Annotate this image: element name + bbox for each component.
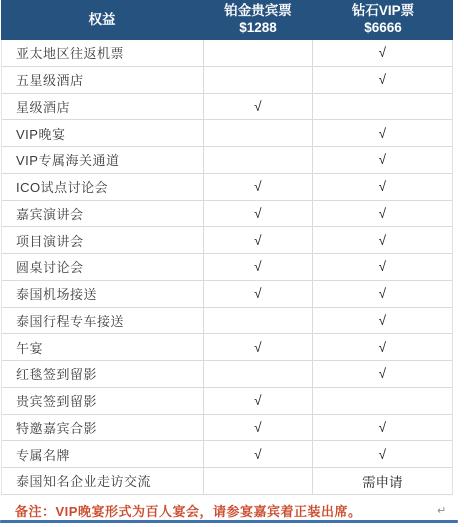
benefit-label: 圆桌讨论会 xyxy=(2,254,203,280)
platinum-ticket-price: $1288 xyxy=(239,20,277,37)
header-benefits: 权益 xyxy=(1,0,203,40)
table-row: VIP晚宴√ xyxy=(2,120,452,147)
platinum-benefit-value xyxy=(203,120,313,146)
benefit-label: ICO试点讨论会 xyxy=(2,174,203,200)
platinum-benefit-value xyxy=(203,468,313,494)
benefit-label: 泰国机场接送 xyxy=(2,281,203,307)
benefit-label: 泰国知名企业走访交流 xyxy=(2,468,203,494)
platinum-benefit-value: √ xyxy=(203,334,313,360)
table-row: 五星级酒店√ xyxy=(2,67,452,94)
diamond-benefit-value: √ xyxy=(313,441,452,467)
paragraph-return-icon: ↵ xyxy=(437,504,446,517)
diamond-benefit-value xyxy=(313,94,452,120)
benefit-label: 红毯签到留影 xyxy=(2,361,203,387)
table-row: 亚太地区往返机票√ xyxy=(2,40,452,67)
platinum-benefit-value: √ xyxy=(203,415,313,441)
table-row: 泰国知名企业走访交流需申请 xyxy=(2,468,452,495)
benefit-label: VIP晚宴 xyxy=(2,120,203,146)
benefit-label: 项目演讲会 xyxy=(2,227,203,253)
diamond-ticket-price: $6666 xyxy=(364,20,402,37)
platinum-benefit-value: √ xyxy=(203,281,313,307)
ticket-comparison-table: 权益 铂金贵宾票 $1288 钻石VIP票 $6666 亚太地区往返机票√五星级… xyxy=(1,0,453,495)
diamond-benefit-value: √ xyxy=(313,281,452,307)
table-row: 红毯签到留影√ xyxy=(2,361,452,388)
table-row: 嘉宾演讲会√√ xyxy=(2,201,452,228)
table-row: 星级酒店√ xyxy=(2,94,452,121)
diamond-benefit-value: √ xyxy=(313,201,452,227)
platinum-benefit-value xyxy=(203,308,313,334)
table-row: 泰国机场接送√√ xyxy=(2,281,452,308)
table-header: 权益 铂金贵宾票 $1288 钻石VIP票 $6666 xyxy=(1,0,453,40)
diamond-benefit-value: √ xyxy=(313,67,452,93)
platinum-benefit-value: √ xyxy=(203,388,313,414)
platinum-benefit-value: √ xyxy=(203,201,313,227)
diamond-benefit-value: √ xyxy=(313,254,452,280)
benefit-label: 亚太地区往返机票 xyxy=(2,40,203,66)
diamond-benefit-value: √ xyxy=(313,308,452,334)
table-row: 午宴√√ xyxy=(2,334,452,361)
platinum-benefit-value: √ xyxy=(203,441,313,467)
benefit-label: 专属名牌 xyxy=(2,441,203,467)
table-row: 贵宾签到留影√ xyxy=(2,388,452,415)
table-row: 特邀嘉宾合影√√ xyxy=(2,415,452,442)
table-body: 亚太地区往返机票√五星级酒店√星级酒店√VIP晚宴√VIP专属海关通道√ICO试… xyxy=(1,40,453,495)
platinum-benefit-value: √ xyxy=(203,174,313,200)
bottom-divider xyxy=(0,520,458,523)
table-row: 圆桌讨论会√√ xyxy=(2,254,452,281)
diamond-benefit-value: 需申请 xyxy=(313,468,452,494)
benefit-label: 星级酒店 xyxy=(2,94,203,120)
benefit-label: 贵宾签到留影 xyxy=(2,388,203,414)
platinum-benefit-value xyxy=(203,67,313,93)
platinum-benefit-value xyxy=(203,361,313,387)
diamond-benefit-value: √ xyxy=(313,361,452,387)
footnote: 备注：VIP晚宴形式为百人宴会，请参宴嘉宾着正装出席。 xyxy=(15,501,435,520)
table-row: ICO试点讨论会√√ xyxy=(2,174,452,201)
benefit-label: 午宴 xyxy=(2,334,203,360)
table-row: 泰国行程专车接送√ xyxy=(2,308,452,335)
diamond-benefit-value: √ xyxy=(313,415,452,441)
benefit-label: VIP专属海关通道 xyxy=(2,147,203,173)
benefit-label: 泰国行程专车接送 xyxy=(2,308,203,334)
header-diamond-ticket: 钻石VIP票 $6666 xyxy=(313,0,453,40)
diamond-benefit-value: √ xyxy=(313,227,452,253)
benefit-label: 五星级酒店 xyxy=(2,67,203,93)
ticket-benefits-page: 权益 铂金贵宾票 $1288 钻石VIP票 $6666 亚太地区往返机票√五星级… xyxy=(0,0,464,527)
platinum-benefit-value: √ xyxy=(203,227,313,253)
platinum-benefit-value: √ xyxy=(203,254,313,280)
diamond-benefit-value: √ xyxy=(313,120,452,146)
benefit-label: 特邀嘉宾合影 xyxy=(2,415,203,441)
diamond-benefit-value: √ xyxy=(313,334,452,360)
table-row: 专属名牌√√ xyxy=(2,441,452,468)
platinum-ticket-name: 铂金贵宾票 xyxy=(224,3,292,20)
diamond-ticket-name: 钻石VIP票 xyxy=(352,3,414,20)
platinum-benefit-value xyxy=(203,40,313,66)
table-row: VIP专属海关通道√ xyxy=(2,147,452,174)
benefits-column-title: 权益 xyxy=(89,12,116,29)
benefit-label: 嘉宾演讲会 xyxy=(2,201,203,227)
table-row: 项目演讲会√√ xyxy=(2,227,452,254)
header-platinum-ticket: 铂金贵宾票 $1288 xyxy=(203,0,313,40)
platinum-benefit-value: √ xyxy=(203,94,313,120)
diamond-benefit-value: √ xyxy=(313,174,452,200)
diamond-benefit-value: √ xyxy=(313,40,452,66)
diamond-benefit-value xyxy=(313,388,452,414)
platinum-benefit-value xyxy=(203,147,313,173)
diamond-benefit-value: √ xyxy=(313,147,452,173)
